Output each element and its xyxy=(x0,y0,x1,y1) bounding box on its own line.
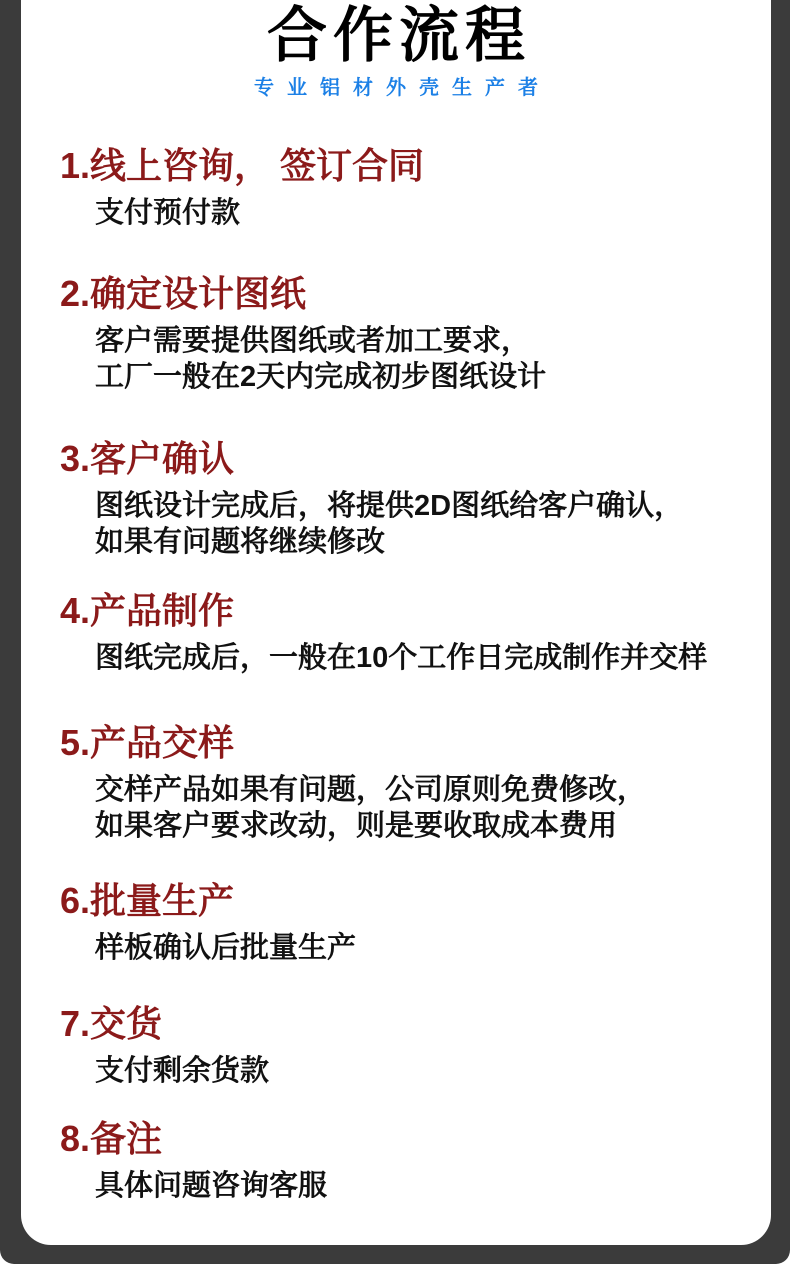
step-heading: 4.产品制作 xyxy=(21,590,771,632)
step-description-line: 支付剩余货款 xyxy=(21,1053,771,1089)
step-heading: 8.备注 xyxy=(21,1118,771,1160)
step-description-line: 图纸完成后，一般在10个工作日完成制作并交样 xyxy=(21,640,771,676)
step-description-line: 交样产品如果有问题，公司原则免费修改， xyxy=(21,772,771,808)
step-heading: 5.产品交样 xyxy=(21,722,771,764)
step-heading: 2.确定设计图纸 xyxy=(21,273,771,315)
step-heading: 7.交货 xyxy=(21,1003,771,1045)
step: 5.产品交样交样产品如果有问题，公司原则免费修改，如果客户要求改动，则是要收取成… xyxy=(21,722,771,844)
steps-list: 1.线上咨询， 签订合同支付预付款2.确定设计图纸客户需要提供图纸或者加工要求，… xyxy=(21,0,771,1245)
step: 3.客户确认图纸设计完成后，将提供2D图纸给客户确认，如果有问题将继续修改 xyxy=(21,438,771,560)
step-description-line: 如果有问题将继续修改 xyxy=(21,524,771,560)
step: 1.线上咨询， 签订合同支付预付款 xyxy=(21,145,771,231)
step-heading: 6.批量生产 xyxy=(21,880,771,922)
step-description-line: 如果客户要求改动，则是要收取成本费用 xyxy=(21,808,771,844)
process-poster: 合作流程 专业铝材外壳生产者 1.线上咨询， 签订合同支付预付款2.确定设计图纸… xyxy=(0,0,790,1264)
content-area: 合作流程 专业铝材外壳生产者 1.线上咨询， 签订合同支付预付款2.确定设计图纸… xyxy=(21,0,771,1245)
step: 4.产品制作图纸完成后，一般在10个工作日完成制作并交样 xyxy=(21,590,771,676)
step-description-line: 工厂一般在2天内完成初步图纸设计 xyxy=(21,359,771,395)
step-description-line: 图纸设计完成后，将提供2D图纸给客户确认， xyxy=(21,488,771,524)
step-heading: 1.线上咨询， 签订合同 xyxy=(21,145,771,187)
step: 6.批量生产样板确认后批量生产 xyxy=(21,880,771,966)
step-description-line: 具体问题咨询客服 xyxy=(21,1168,771,1204)
step: 2.确定设计图纸客户需要提供图纸或者加工要求，工厂一般在2天内完成初步图纸设计 xyxy=(21,273,771,395)
step: 7.交货支付剩余货款 xyxy=(21,1003,771,1089)
step-heading: 3.客户确认 xyxy=(21,438,771,480)
step-description-line: 支付预付款 xyxy=(21,195,771,231)
step-description-line: 样板确认后批量生产 xyxy=(21,930,771,966)
step: 8.备注具体问题咨询客服 xyxy=(21,1118,771,1204)
step-description-line: 客户需要提供图纸或者加工要求， xyxy=(21,323,771,359)
